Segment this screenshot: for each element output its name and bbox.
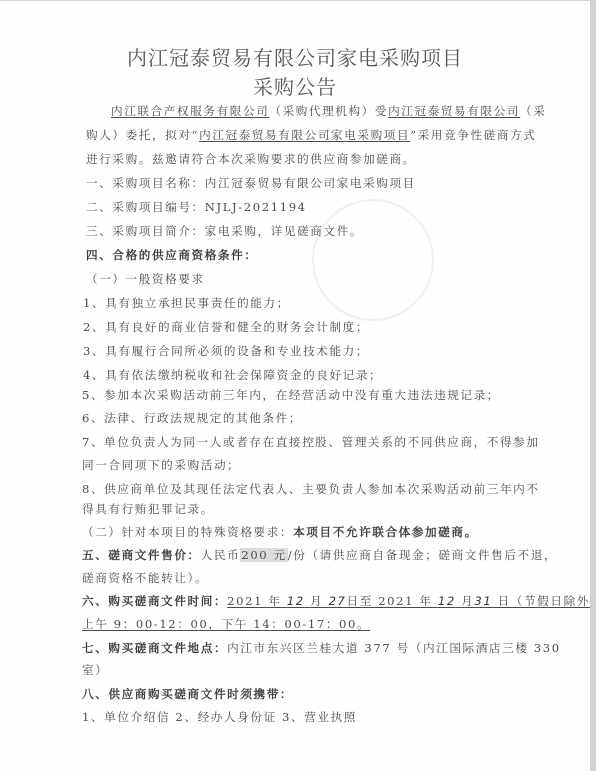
section-5-cont: 磋商资格不能转让）。 bbox=[82, 570, 208, 586]
purchaser-name: 内江冠泰贸易有限公司 bbox=[388, 104, 520, 118]
price-highlight: 200 元 bbox=[240, 548, 287, 562]
intro-line-2: 购人）委托，拟对“内江冠泰贸易有限公司家电采购项目”采用竞争性磋商方式 bbox=[86, 127, 536, 143]
intro-line-3: 进行采购。兹邀请符合本次采购要求的供应商参加磋商。 bbox=[86, 151, 416, 167]
requirement-item: 3、具有履行合同所必须的设备和专业技术能力； bbox=[83, 343, 369, 359]
requirement-item: 1、具有独立承担民事责任的能力； bbox=[83, 295, 290, 311]
document-page: 内江冠泰贸易有限公司家电采购项目 采购公告 内江联合产权服务有限公司（采购代理机… bbox=[0, 0, 590, 771]
requirement-item: 2、具有良好的商业信誉和健全的财务会计制度； bbox=[83, 319, 369, 335]
document-subtitle: 采购公告 bbox=[0, 71, 590, 100]
section-1: 一、采购项目名称：内江冠泰贸易有限公司家电采购项目 bbox=[86, 175, 416, 191]
requirement-item: 6、法律、行政法规规定的其他条件； bbox=[82, 410, 302, 426]
handwritten-day: 31 bbox=[474, 594, 492, 608]
section-3: 三、采购项目简介：家电采购，详见磋商文件。 bbox=[86, 223, 363, 239]
section-2: 二、采购项目编号：NJLJ-2021194 bbox=[86, 199, 307, 215]
requirement-item: 5、参加本次采购活动前三年内，在经营活动中没有重大违法违规记录； bbox=[82, 387, 500, 403]
section-8-items: 1、单位介绍信 2、经办人身份证 3、营业执照 bbox=[82, 709, 357, 725]
general-requirements-heading: （一）一般资格要求 bbox=[86, 271, 205, 287]
seal-watermark bbox=[312, 199, 434, 321]
section-7: 七、购买磋商文件地点：内江市东兴区兰桂大道 377 号（内江国际酒店三楼 330 bbox=[82, 640, 561, 656]
section-5: 五、磋商文件售价：人民币200 元/份（请供应商自备现金；磋商文件售后不退， bbox=[82, 547, 557, 563]
section-8-heading: 八、供应商购买磋商文件时须携带： bbox=[82, 686, 293, 702]
requirement-item: 7、单位负责人为同一人或者存在直接控股、管理关系的不同供应商，不得参加 bbox=[82, 434, 540, 450]
handwritten-month: 12 bbox=[287, 594, 305, 608]
agency-name: 内江联合产权服务有限公司 bbox=[111, 104, 269, 118]
section-7-cont: 室） bbox=[82, 662, 108, 678]
requirement-item: 8、供应商单位及其现任法定代表人、主要负责人参加本次采购活动前三年内不 bbox=[82, 481, 540, 497]
project-name: 内江冠泰贸易有限公司家电采购项目 bbox=[199, 128, 410, 142]
section-6-hours: 上午 9：00-12：00，下午 14：00-17：00。 bbox=[82, 616, 370, 632]
requirement-item-cont: 得具有行贿犯罪记录。 bbox=[82, 501, 214, 517]
purchase-period: 2021 年 12 月 27日至 2021 年 12 月31 日（节假日除外）， bbox=[227, 594, 596, 608]
page-edge bbox=[590, 0, 596, 771]
requirement-item-cont: 同一合同项下的采购活动； bbox=[82, 457, 240, 473]
handwritten-day: 27 bbox=[329, 594, 347, 608]
handwritten-month: 12 bbox=[438, 594, 456, 608]
document-title: 内江冠泰贸易有限公司家电采购项目 bbox=[0, 42, 590, 71]
special-requirement: （二）针对本项目的特殊资格要求：本项目不允许联合体参加磋商。 bbox=[82, 524, 478, 540]
section-6: 六、购买磋商文件时间：2021 年 12 月 27日至 2021 年 12 月3… bbox=[82, 593, 596, 609]
section-4-heading: 四、合格的供应商资格条件： bbox=[86, 247, 258, 263]
requirement-item: 4、具有依法缴纳税收和社会保障资金的良好记录； bbox=[83, 367, 382, 383]
intro-line-1: 内江联合产权服务有限公司（采购代理机构）受内江冠泰贸易有限公司（采 bbox=[111, 103, 546, 119]
